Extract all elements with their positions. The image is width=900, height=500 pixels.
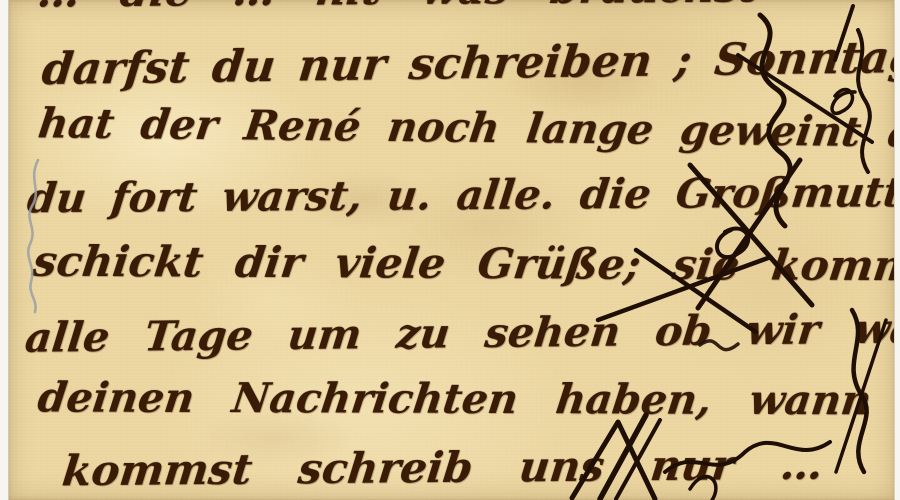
handwriting-line: darfst du nur schreiben ; Sonntag [40, 36, 900, 92]
handwriting-line: kommst schreib uns nur … [60, 444, 825, 493]
handwriting-line: hat der René noch lange geweint als [36, 103, 900, 154]
handwriting-line: du fort warst, u. alle. die Großmutter [25, 172, 900, 219]
scan-edge-right [894, 0, 900, 500]
handwriting-line: alle Tage um zu sehen ob wir was [23, 308, 900, 359]
handwriting-line: schickt dir viele Grüße; sie kommt [31, 241, 900, 288]
handwriting-line: deinen Nachrichten haben, wann du [36, 377, 900, 421]
scan-edge-left [0, 0, 9, 500]
letter-paper: … die … nit was brauchst darfst du nur s… [8, 0, 895, 500]
handwriting-line: … die … nit was brauchst [35, 0, 761, 14]
scanned-letter-image: { "document": { "type": "handwritten-let… [0, 0, 900, 500]
